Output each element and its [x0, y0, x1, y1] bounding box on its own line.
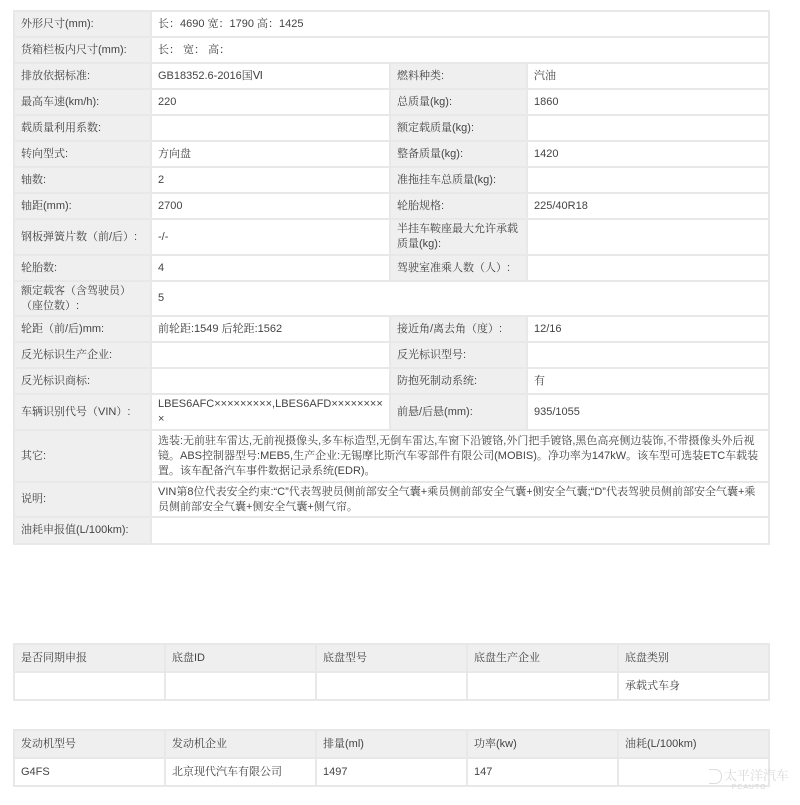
spec-label: 货箱栏板内尺寸(mm): [14, 37, 151, 63]
spec-row: 轴数:2准拖挂车总质量(kg): [14, 167, 769, 193]
chassis-cell: 承载式车身 [618, 672, 769, 700]
spec-row: 说明:VIN第8位代表安全约束:“C”代表驾驶员侧前部安全气囊+乘员侧前部安全气… [14, 482, 769, 517]
spec-label: 额定载质量(kg): [390, 115, 527, 141]
engine-header-cell: 功率(kw) [467, 730, 618, 758]
spec-row: 外形尺寸(mm):长：4690 宽：1790 高：1425 [14, 11, 769, 37]
spec-value [151, 517, 769, 544]
chassis-cell [165, 672, 316, 700]
spec-label: 总质量(kg): [390, 89, 527, 115]
spec-label: 反光标识商标: [14, 368, 151, 394]
spec-row: 反光标识商标:防抱死制动系统:有 [14, 368, 769, 394]
spec-row: 载质量利用系数:额定载质量(kg): [14, 115, 769, 141]
spec-label: 燃料种类: [390, 63, 527, 89]
engine-header-cell: 油耗(L/100km) [618, 730, 769, 758]
spec-value: GB18352.6-2016国Ⅵ [151, 63, 390, 89]
spec-label: 轮距（前/后)mm: [14, 316, 151, 342]
spec-value [527, 255, 769, 281]
engine-cell: 147 [467, 758, 618, 786]
spec-label: 半挂车鞍座最大允许承载质量(kg): [390, 219, 527, 255]
spec-label: 排放依据标准: [14, 63, 151, 89]
chassis-cell [14, 672, 165, 700]
spec-value: 长：4690 宽：1790 高：1425 [151, 11, 769, 37]
engine-header-cell: 排量(ml) [316, 730, 467, 758]
spec-value: VIN第8位代表安全约束:“C”代表驾驶员侧前部安全气囊+乘员侧前部安全气囊+侧… [151, 482, 769, 517]
chassis-table: 是否同期申报 底盘ID 底盘型号 底盘生产企业 底盘类别 承载式车身 [13, 643, 770, 701]
spec-label: 转向型式: [14, 141, 151, 167]
spec-value [527, 115, 769, 141]
engine-cell: 1497 [316, 758, 467, 786]
spec-value [527, 219, 769, 255]
spec-label: 轴数: [14, 167, 151, 193]
chassis-header-row: 是否同期申报 底盘ID 底盘型号 底盘生产企业 底盘类别 [14, 644, 769, 672]
spec-label: 额定载客（含驾驶员）（座位数）: [14, 281, 151, 316]
spec-value: 220 [151, 89, 390, 115]
spec-value: 2 [151, 167, 390, 193]
engine-data-row: G4FS 北京现代汽车有限公司 1497 147 [14, 758, 769, 786]
spec-label: 驾驶室准乘人数（人）: [390, 255, 527, 281]
spec-row: 车辆识别代号（VIN）:LBES6AFC×××××××××,LBES6AFD××… [14, 394, 769, 430]
spec-label: 前悬/后悬(mm): [390, 394, 527, 430]
vehicle-spec-table: 外形尺寸(mm):长：4690 宽：1790 高：1425货箱栏板内尺寸(mm)… [13, 10, 770, 545]
engine-header-cell: 发动机企业 [165, 730, 316, 758]
watermark-text: 太平洋汽车 [724, 768, 789, 783]
engine-cell: 北京现代汽车有限公司 [165, 758, 316, 786]
spec-value: 225/40R18 [527, 193, 769, 219]
spec-label: 接近角/离去角（度）: [390, 316, 527, 342]
spec-row: 转向型式:方向盘整备质量(kg):1420 [14, 141, 769, 167]
spec-row: 轮距（前/后)mm:前轮距:1549 后轮距:1562接近角/离去角（度）:12… [14, 316, 769, 342]
chassis-cell [316, 672, 467, 700]
spec-label: 轮胎规格: [390, 193, 527, 219]
spec-value [527, 342, 769, 368]
spec-row: 反光标识生产企业:反光标识型号: [14, 342, 769, 368]
spec-value: 选装:无前驻车雷达,无前视摄像头,多车标造型,无倒车雷达,车窗下沿镀铬,外门把手… [151, 430, 769, 482]
spec-value [151, 342, 390, 368]
spec-row: 油耗申报值(L/100km): [14, 517, 769, 544]
engine-header-cell: 发动机型号 [14, 730, 165, 758]
spec-label: 说明: [14, 482, 151, 517]
pcauto-logo-icon [709, 769, 722, 784]
spec-value: 2700 [151, 193, 390, 219]
spec-value: 12/16 [527, 316, 769, 342]
spec-value: -/- [151, 219, 390, 255]
spec-row: 轴距(mm):2700轮胎规格:225/40R18 [14, 193, 769, 219]
spec-row: 轮胎数:4驾驶室准乘人数（人）: [14, 255, 769, 281]
chassis-header-cell: 底盘生产企业 [467, 644, 618, 672]
spec-value: 有 [527, 368, 769, 394]
spec-value: 1860 [527, 89, 769, 115]
spec-label: 防抱死制动系统: [390, 368, 527, 394]
engine-table: 发动机型号 发动机企业 排量(ml) 功率(kw) 油耗(L/100km) G4… [13, 729, 770, 787]
spec-value: 935/1055 [527, 394, 769, 430]
spec-label: 最高车速(km/h): [14, 89, 151, 115]
spec-row: 最高车速(km/h):220总质量(kg):1860 [14, 89, 769, 115]
spec-value: 4 [151, 255, 390, 281]
spec-value: LBES6AFC×××××××××,LBES6AFD××××××××× [151, 394, 390, 430]
spec-label: 钢板弹簧片数（前/后）: [14, 219, 151, 255]
chassis-data-row: 承载式车身 [14, 672, 769, 700]
spec-label: 反光标识生产企业: [14, 342, 151, 368]
spec-label: 整备质量(kg): [390, 141, 527, 167]
chassis-header-cell: 是否同期申报 [14, 644, 165, 672]
spec-label: 油耗申报值(L/100km): [14, 517, 151, 544]
spec-label: 车辆识别代号（VIN）: [14, 394, 151, 430]
watermark-subtext: PCAUTO [709, 784, 789, 792]
spec-value: 长： 宽： 高： [151, 37, 769, 63]
spec-label: 外形尺寸(mm): [14, 11, 151, 37]
spec-label: 轴距(mm): [14, 193, 151, 219]
spec-value [527, 167, 769, 193]
spec-value: 1420 [527, 141, 769, 167]
spec-row: 钢板弹簧片数（前/后）:-/-半挂车鞍座最大允许承载质量(kg): [14, 219, 769, 255]
spec-value [151, 115, 390, 141]
spec-label: 反光标识型号: [390, 342, 527, 368]
pcauto-watermark: 太平洋汽车 PCAUTO [709, 769, 789, 792]
chassis-header-cell: 底盘型号 [316, 644, 467, 672]
spec-label: 其它: [14, 430, 151, 482]
spec-value: 方向盘 [151, 141, 390, 167]
spec-value: 前轮距:1549 后轮距:1562 [151, 316, 390, 342]
spec-label: 载质量利用系数: [14, 115, 151, 141]
spec-row: 排放依据标准:GB18352.6-2016国Ⅵ燃料种类:汽油 [14, 63, 769, 89]
spec-value: 汽油 [527, 63, 769, 89]
spec-value: 5 [151, 281, 769, 316]
chassis-cell [467, 672, 618, 700]
chassis-header-cell: 底盘ID [165, 644, 316, 672]
engine-cell: G4FS [14, 758, 165, 786]
chassis-header-cell: 底盘类别 [618, 644, 769, 672]
spec-value [151, 368, 390, 394]
spec-row: 货箱栏板内尺寸(mm):长： 宽： 高： [14, 37, 769, 63]
spec-label: 轮胎数: [14, 255, 151, 281]
engine-header-row: 发动机型号 发动机企业 排量(ml) 功率(kw) 油耗(L/100km) [14, 730, 769, 758]
spec-label: 准拖挂车总质量(kg): [390, 167, 527, 193]
spec-row: 额定载客（含驾驶员）（座位数）:5 [14, 281, 769, 316]
spec-row: 其它:选装:无前驻车雷达,无前视摄像头,多车标造型,无倒车雷达,车窗下沿镀铬,外… [14, 430, 769, 482]
